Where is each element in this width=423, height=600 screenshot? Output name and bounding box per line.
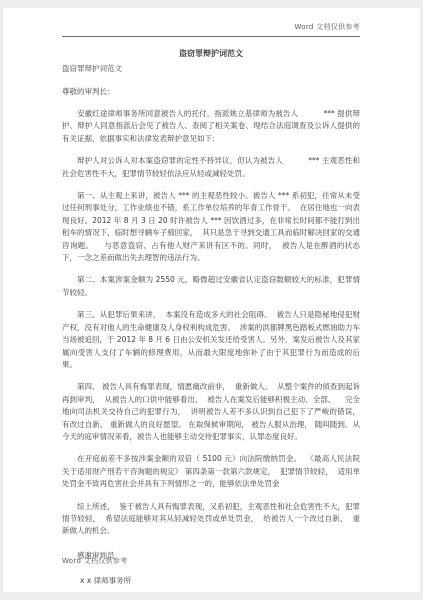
document-canvas: Word 文档仅供参考 盗窃罪辩护词范文 盗窃罪辩护词范文 尊敬的审判长： 安徽… <box>0 0 423 600</box>
signature-line: x x 律师事务所 <box>62 575 360 587</box>
footer-watermark: Word 文档仅供参考 <box>62 556 128 566</box>
paragraph-fine: 在开庭前差不多按涉案金额的双倍（ 5100 元）向法院缴纳罚金。 《最高人民法院… <box>62 453 360 490</box>
paragraph-point-3: 第三、从犯罪后果来讲， 本案没有造成多大的社会阻碍。 被告人只是隐秘地侵犯财产权… <box>62 309 360 371</box>
document-subtitle: 盗窃罪辩护词范文 <box>62 63 360 75</box>
salutation-line: 尊敬的审判长： <box>62 86 360 98</box>
header-watermark: Word 文档仅供参考 <box>62 22 360 32</box>
paragraph-point-4: 第四、 被告人具有悔罪表现，情愿痛改前非， 重新做人。 从整个案件的侦查到起诉再… <box>62 381 360 443</box>
paragraph-opinion: 辩护人对公诉人对本案盗窃罪的定性不持异议，但认为被告人 *** 主观恶性和社会危… <box>62 155 360 180</box>
page-title: 盗窃罪辩护词范文 <box>62 48 360 60</box>
paragraph-intro: 安徽红途律师事务所同意被告人的托付，指派姚立基律师为被告人 *** 提供辩护、辩… <box>62 108 360 145</box>
paragraph-summary: 综上所述， 鉴于被告人具有悔罪表现，又系初犯，主观恶性和社会危害性不大，犯罪情节… <box>62 501 360 538</box>
paragraph-point-1: 第一、从主观上来讲，被告人 *** 的主观恶性较小。被告人 *** 系初犯，往常… <box>62 190 360 264</box>
header-rule <box>62 36 360 37</box>
document-page: Word 文档仅供参考 盗窃罪辩护词范文 盗窃罪辩护词范文 尊敬的审判长： 安徽… <box>3 8 420 592</box>
paragraph-point-2: 第二、本案涉案金额为 2550 元，略微超过安徽省认定盗窃数额较大的标准，犯罪情… <box>62 274 360 299</box>
